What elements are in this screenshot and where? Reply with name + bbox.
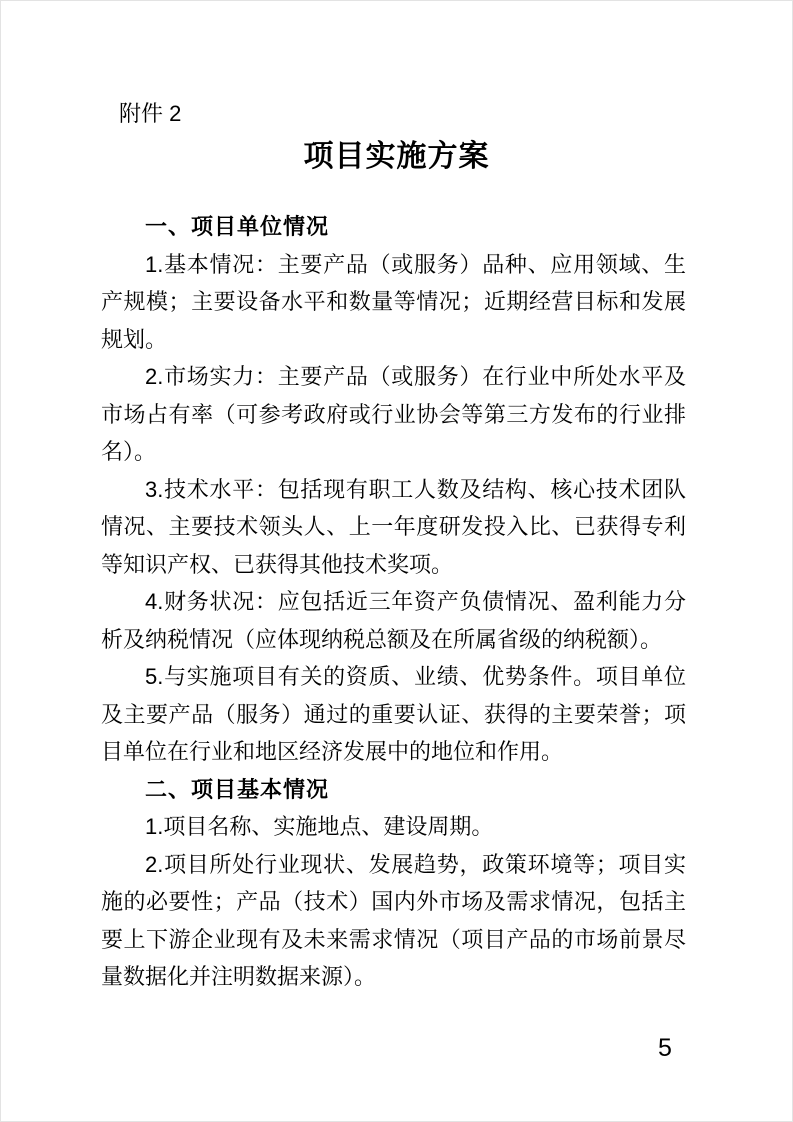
document-page: 附件 2 项目实施方案 一、项目单位情况 1.基本情况：主要产品（或服务）品种、… (0, 0, 793, 1122)
section-1-paragraph-2: 2.市场实力：主要产品（或服务）在行业中所处水平及市场占有率（可参考政府或行业协… (101, 358, 686, 471)
section-1-heading: 一、项目单位情况 (101, 208, 686, 246)
section-2-paragraph-2: 2.项目所处行业现状、发展趋势，政策环境等；项目实施的必要性；产品（技术）国内外… (101, 846, 686, 996)
section-1-paragraph-3: 3.技术水平：包括现有职工人数及结构、核心技术团队情况、主要技术领头人、上一年度… (101, 471, 686, 584)
section-2-heading: 二、项目基本情况 (101, 771, 686, 809)
section-1-paragraph-5: 5.与实施项目有关的资质、业绩、优势条件。项目单位及主要产品（服务）通过的重要认… (101, 658, 686, 771)
section-1-paragraph-1: 1.基本情况：主要产品（或服务）品种、应用领域、生产规模；主要设备水平和数量等情… (101, 246, 686, 359)
page-title: 项目实施方案 (1, 138, 792, 176)
section-1-paragraph-4: 4.财务状况：应包括近三年资产负债情况、盈利能力分析及纳税情况（应体现纳税总额及… (101, 583, 686, 658)
document-body: 一、项目单位情况 1.基本情况：主要产品（或服务）品种、应用领域、生产规模；主要… (101, 208, 686, 996)
page-number: 5 (658, 1033, 672, 1063)
attachment-label: 附件 2 (119, 101, 181, 127)
section-2-paragraph-1: 1.项目名称、实施地点、建设周期。 (101, 808, 686, 846)
